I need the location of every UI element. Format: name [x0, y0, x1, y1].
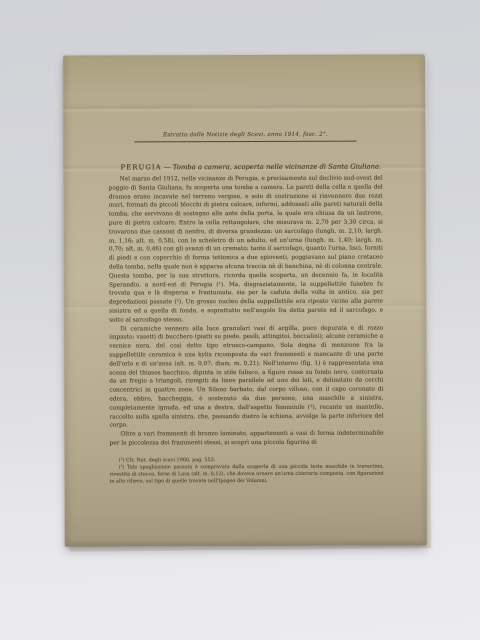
pamphlet-page: Estratto dalle Notizie degli Scavi, anno…	[63, 54, 427, 546]
article-title: PERUGIA — Tomba a camera, scoperta nelle…	[109, 162, 383, 173]
paper-crease	[63, 102, 425, 113]
body-paragraph: Oltre a vari frammenti di bronzo laminat…	[109, 430, 383, 449]
printed-text-block: Estratto dalle Notizie degli Scavi, anno…	[108, 132, 383, 485]
body-paragraph: Di ceramiche vennero alla luce granulari…	[109, 324, 383, 431]
article-title-subject: — Tomba a camera, scoperta nelle vicinan…	[162, 162, 382, 171]
body-paragraph: Nel marzo del 1912, nelle vicinanze di P…	[109, 175, 384, 326]
article-title-city: PERUGIA	[121, 163, 162, 171]
header-rule	[134, 140, 356, 142]
footnote: (²) Tale spogliazione passata è comprova…	[110, 463, 384, 485]
footnotes-block: (¹) Cfr. Not. degli scavi 1900, pag. 553…	[110, 456, 384, 485]
article-body: Nel marzo del 1912, nelle vicinanze di P…	[109, 175, 384, 449]
header-citation: Estratto dalle Notizie degli Scavi, anno…	[108, 132, 382, 139]
